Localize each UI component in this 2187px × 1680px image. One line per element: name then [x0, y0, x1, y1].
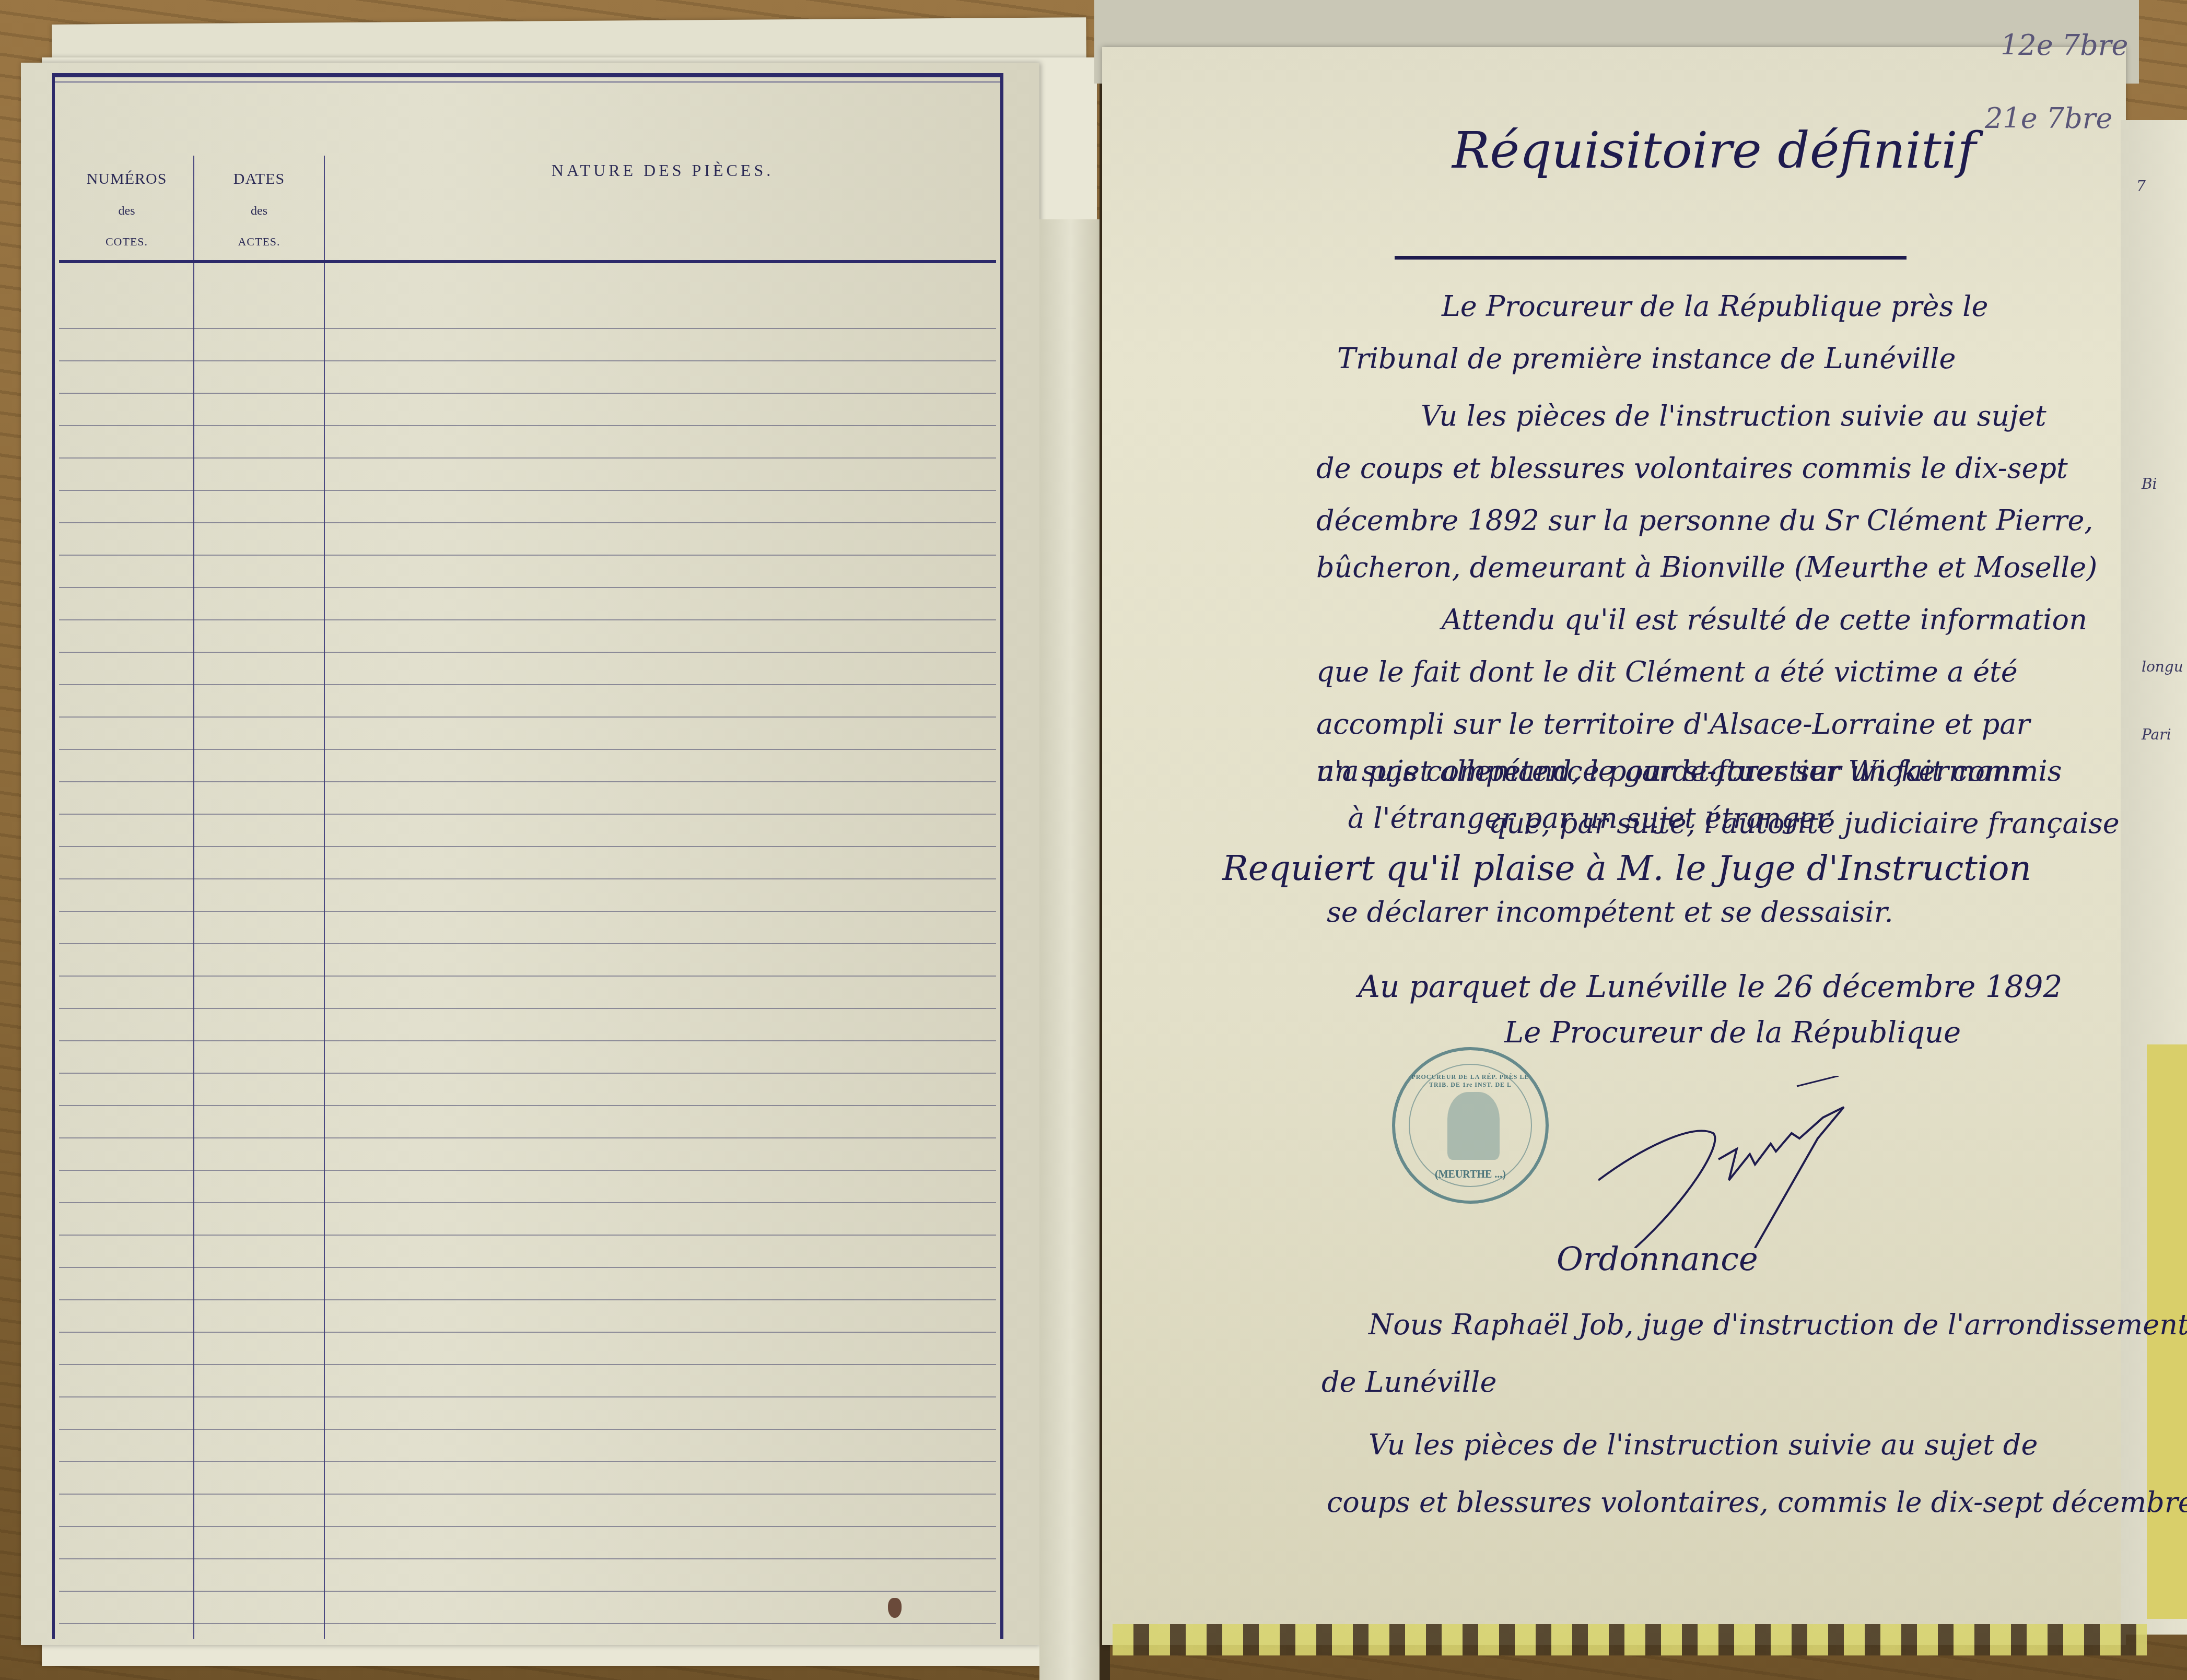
- body-line: Le Procureur de la République près le: [1442, 292, 1989, 321]
- body-line: à l'étranger par un sujet étranger: [1348, 804, 1830, 832]
- seal-top-text: PROCUREUR DE LA RÉP. PRÈS LE TRIB. DE 1r…: [1395, 1073, 1546, 1089]
- body-line: accompli sur le territoire d'Alsace-Lorr…: [1316, 710, 2030, 738]
- body-line: Attendu qu'il est résulté de cette infor…: [1442, 606, 2087, 634]
- corner-annotation: 21e 7bre: [1985, 104, 2113, 133]
- inventory-form-page: NUMÉROS des COTES. DATES des ACTES. NATU…: [21, 63, 1039, 1645]
- requisition-line: Requiert qu'il plaise à M. le Juge d'Ins…: [1222, 851, 2031, 886]
- place-date-line: Au parquet de Lunéville le 26 décembre 1…: [1358, 971, 2062, 1002]
- ordonnance-line: coups et blessures volontaires, commis l…: [1327, 1488, 2187, 1517]
- body-line: Tribunal de première instance de Lunévil…: [1337, 345, 1956, 373]
- body-line: que le fait dont le dit Clément a été vi…: [1316, 658, 2018, 686]
- ordonnance-line: de Lunéville: [1321, 1368, 1496, 1396]
- paper-stain: [888, 1598, 902, 1618]
- inventory-table: NUMÉROS des COTES. DATES des ACTES. NATU…: [52, 73, 1003, 1639]
- margin-fragment: Pari: [2142, 726, 2171, 743]
- ordonnance-line: Nous Raphaël Job, juge d'instruction de …: [1369, 1311, 2187, 1339]
- column-header-dates: DATES des ACTES.: [194, 171, 324, 248]
- margin-fragment: longu: [2142, 658, 2183, 675]
- body-line: Vu les pièces de l'instruction suivie au…: [1421, 402, 2046, 430]
- declaration-line: se déclarer incompétent et se dessaisir.: [1327, 898, 1893, 926]
- court-seal-stamp: PROCUREUR DE LA RÉP. PRÈS LE TRIB. DE 1r…: [1392, 1047, 1549, 1204]
- page-gutter: [1039, 219, 1102, 1680]
- column-header-numeros: NUMÉROS des COTES.: [60, 171, 193, 248]
- body-line: bûcheron, demeurant à Bionville (Meurthe…: [1316, 554, 2097, 582]
- ordonnance-heading: Ordonnance: [1557, 1243, 1758, 1275]
- title-underline: [1395, 256, 1907, 260]
- document-title: Réquisitoire définitif: [1452, 125, 1976, 175]
- body-line: de coups et blessures volontaires commis…: [1316, 454, 2068, 483]
- margin-fragment: Bi: [2142, 475, 2157, 492]
- corner-annotation: 12e 7bre: [2001, 31, 2128, 60]
- body-line: décembre 1892 sur la personne du Sr Clém…: [1316, 507, 2094, 535]
- signatory-title: Le Procureur de la République: [1504, 1018, 1961, 1048]
- handwritten-signature: [1598, 1076, 1849, 1248]
- marianne-figure-icon: [1447, 1092, 1500, 1160]
- header-rule: [59, 260, 996, 263]
- ordonnance-line: Vu les pièces de l'instruction suivie au…: [1369, 1431, 2038, 1459]
- bottom-paper-tabs: [1113, 1624, 2147, 1655]
- column-header-nature: NATURE DES PIÈCES.: [325, 161, 1000, 180]
- body-line: n'a pas compétence pour statuer sur un f…: [1316, 757, 2062, 785]
- ruled-lines: [59, 297, 996, 1639]
- seal-bottom-text: (MEURTHE ...): [1395, 1169, 1546, 1181]
- margin-fragment: 7: [2136, 178, 2146, 195]
- requisitoire-page: [1102, 47, 2126, 1645]
